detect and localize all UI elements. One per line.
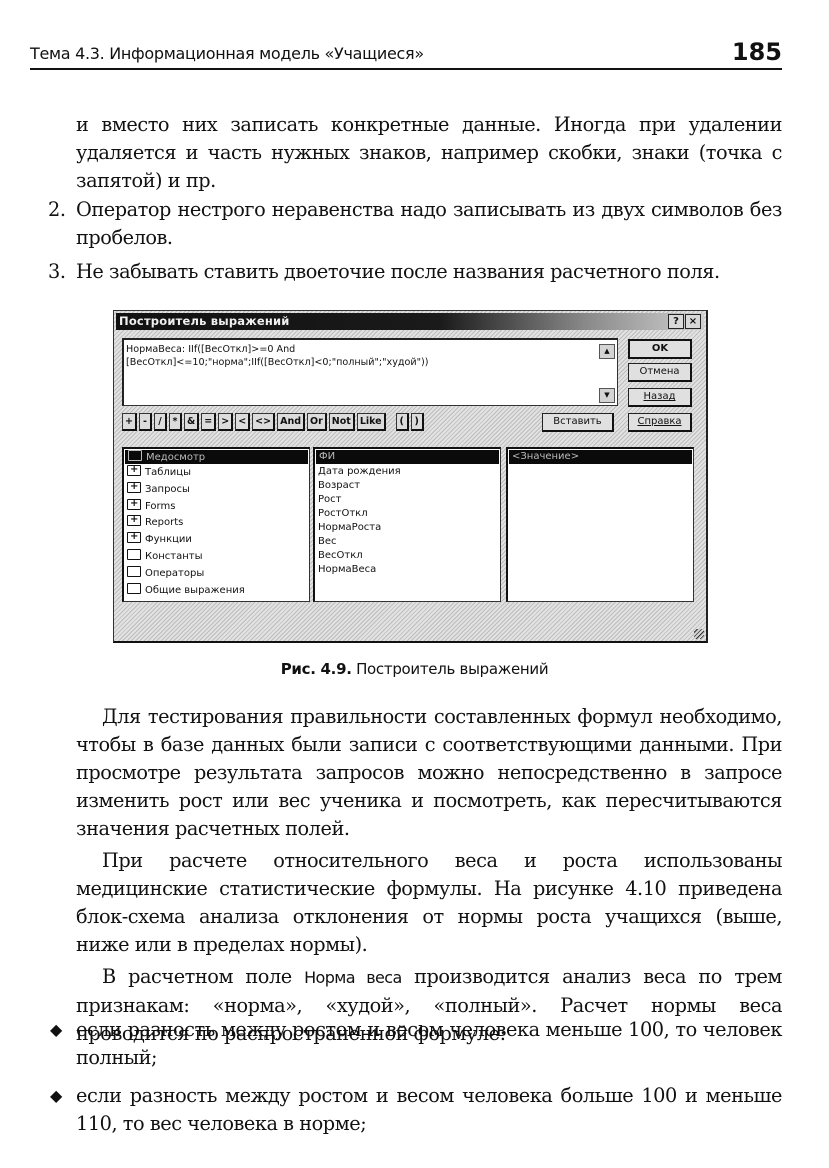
folder-plus-icon <box>127 515 141 526</box>
back-button[interactable]: Назад <box>628 388 692 407</box>
scroll-up-icon[interactable]: ▲ <box>599 344 615 359</box>
help-button[interactable]: Справка <box>628 413 692 432</box>
list-item[interactable]: Таблицы <box>124 465 309 482</box>
list-item: ◆ если разность между ростом и весом чел… <box>48 1082 782 1138</box>
operator-button[interactable]: * <box>169 413 182 431</box>
page-number: 185 <box>732 38 782 66</box>
values-list[interactable]: <Значение> <box>506 447 694 602</box>
list-item[interactable]: Дата рождения <box>315 465 500 479</box>
expression-textbox[interactable]: НормаВеса: IIf([ВесОткл]>=0 And [ВесОткл… <box>122 338 618 406</box>
bullet-list: ◆ если разность между ростом и весом чел… <box>48 1016 782 1148</box>
list-item[interactable]: РостОткл <box>315 507 500 521</box>
diamond-bullet-icon: ◆ <box>50 1016 62 1044</box>
main-paragraphs: Для тестирования правильности составленн… <box>76 703 782 1048</box>
operator-button[interactable]: Or <box>307 413 327 431</box>
operator-button[interactable]: ) <box>411 413 424 431</box>
expression-line: НормаВеса: IIf([ВесОткл]>=0 And <box>126 343 595 356</box>
operator-button[interactable]: - <box>139 413 152 431</box>
folder-plus-icon <box>127 532 141 543</box>
figure-caption: Рис. 4.9. Построитель выражений <box>0 660 829 678</box>
operator-button[interactable]: + <box>122 413 137 431</box>
object-tree-list[interactable]: Медосмотр ТаблицыЗапросыFormsReportsФунк… <box>122 447 310 602</box>
list-item-selected[interactable]: ФИ <box>316 450 499 464</box>
running-header: Тема 4.3. Информационная модель «Учащиес… <box>30 38 782 70</box>
list-item-selected[interactable]: Медосмотр <box>125 450 308 464</box>
list-item[interactable]: Функции <box>124 532 309 549</box>
folder-icon <box>127 566 141 577</box>
list-item: 3. Не забывать ставить двоеточие после н… <box>48 258 782 286</box>
resize-grip[interactable] <box>694 629 704 639</box>
operator-button[interactable]: & <box>184 413 199 431</box>
expression-builder-dialog: Построитель выражений ? × НормаВеса: IIf… <box>113 310 708 643</box>
cancel-button[interactable]: Отмена <box>628 363 692 382</box>
operator-button[interactable]: > <box>218 413 233 431</box>
list-item[interactable]: Рост <box>315 493 500 507</box>
operator-button[interactable]: Not <box>329 413 355 431</box>
operator-button[interactable]: And <box>277 413 305 431</box>
list-item[interactable]: НормаВеса <box>315 563 500 577</box>
continuation-paragraph: и вместо них записать конкретные данные.… <box>76 111 782 195</box>
numbered-list: 2. Оператор нестрого неравенства надо за… <box>48 196 782 292</box>
folder-icon <box>127 549 141 560</box>
field-name: Норма веса <box>304 968 402 987</box>
operator-button[interactable]: ( <box>396 413 409 431</box>
list-item[interactable]: НормаРоста <box>315 521 500 535</box>
list-item[interactable]: Вес <box>315 535 500 549</box>
paragraph: Для тестирования правильности составленн… <box>76 703 782 843</box>
paragraph: При расчете относительного веса и роста … <box>76 847 782 959</box>
open-folder-icon <box>128 450 142 461</box>
folder-icon <box>127 583 141 594</box>
operator-button[interactable]: / <box>154 413 167 431</box>
fields-list[interactable]: ФИ Дата рожденияВозрастРостРостОтклНорма… <box>313 447 501 602</box>
list-item-selected[interactable]: <Значение> <box>509 450 692 464</box>
operator-button[interactable]: < <box>235 413 250 431</box>
scroll-down-icon[interactable]: ▼ <box>599 388 615 403</box>
dialog-title: Построитель выражений <box>119 314 290 328</box>
operator-button[interactable]: <> <box>252 413 275 431</box>
operator-button[interactable]: Like <box>357 413 386 431</box>
list-item[interactable]: Общие выражения <box>124 583 309 600</box>
diamond-bullet-icon: ◆ <box>50 1082 62 1110</box>
folder-plus-icon <box>127 465 141 476</box>
expression-line: [ВесОткл]<=10;"норма";IIf([ВесОткл]<0;"п… <box>126 356 595 369</box>
dialog-titlebar[interactable]: Построитель выражений ? × <box>116 313 704 330</box>
list-item[interactable]: ВесОткл <box>315 549 500 563</box>
list-item[interactable]: Forms <box>124 499 309 516</box>
close-icon[interactable]: × <box>685 314 701 329</box>
operator-button[interactable]: = <box>201 413 216 431</box>
folder-plus-icon <box>127 482 141 493</box>
help-icon[interactable]: ? <box>668 314 684 329</box>
folder-plus-icon <box>127 499 141 510</box>
operator-toolbar: +-/*&=><<>AndOrNotLike() <box>122 413 424 431</box>
list-item[interactable]: Константы <box>124 549 309 566</box>
paste-button[interactable]: Вставить <box>542 413 614 432</box>
list-item[interactable]: Запросы <box>124 482 309 499</box>
list-item[interactable]: Reports <box>124 515 309 532</box>
running-title: Тема 4.3. Информационная модель «Учащиес… <box>30 44 424 63</box>
ok-button[interactable]: OK <box>628 339 692 359</box>
list-item[interactable]: Возраст <box>315 479 500 493</box>
list-item[interactable]: Операторы <box>124 566 309 583</box>
list-item: ◆ если разность между ростом и весом чел… <box>48 1016 782 1072</box>
list-item: 2. Оператор нестрого неравенства надо за… <box>48 196 782 252</box>
